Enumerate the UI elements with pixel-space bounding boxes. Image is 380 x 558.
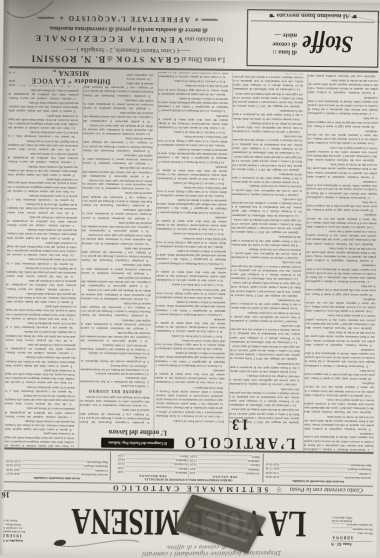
abbonamenti-rows: Per un annoL. 3,00Per un semestre» 1,50U… bbox=[332, 522, 373, 535]
sun-ornament-icon: ☉ bbox=[276, 486, 281, 493]
text-line: Prezzi da convenirsi bbox=[3, 518, 46, 523]
advertisement-band: Stoffe di lana ::di cotonemiste — ☛ Al m… bbox=[9, 6, 379, 72]
body-paragraph: La Francia, la Gran Bretagna e la Russia… bbox=[156, 249, 226, 266]
postal-note: Conto corrente con la Posta bbox=[290, 486, 363, 494]
body-paragraph: Intanto, che di certi criteri sia rimast… bbox=[156, 236, 226, 249]
body-paragraph: A noi preme soltanto che la verità sia d… bbox=[230, 361, 300, 374]
body-column-1: ... L’ Osservatore Romano è rimasto a pu… bbox=[304, 74, 378, 452]
body-paragraph: La Francia, la Gran Bretagna e la Russia… bbox=[157, 198, 227, 215]
subtitle-weekly: SETTIMANALE CATTOLICO bbox=[110, 484, 268, 494]
body-paragraph: Su questa via i propositi diventano fatt… bbox=[8, 130, 78, 139]
body-paragraph: A chi vive del proprio lavoro deve esser… bbox=[6, 266, 76, 279]
scanned-newspaper-viewport: Disposizioni legislative riguardanti i c… bbox=[0, 0, 380, 558]
body-paragraph: Si è voluto fare di questo articolo il f… bbox=[158, 113, 228, 130]
body-column-2: Quando nel maggio del 1915 l’ Italia ent… bbox=[229, 73, 308, 451]
body-paragraph: Quando nel maggio del 1915 l’ Italia ent… bbox=[231, 281, 301, 298]
body-paragraph: La Francia, la Gran Bretagna e la Russia… bbox=[158, 96, 228, 113]
body-paragraph: Così, quando si è giunti alla pace, il p… bbox=[304, 380, 374, 397]
body-paragraph: È questo il senso delle più larghe ragio… bbox=[8, 100, 78, 113]
manicule-left-icon: ☚ bbox=[269, 11, 275, 18]
body-paragraph: 5. Il programma sociale del Partito (Rel… bbox=[80, 355, 150, 364]
body-paragraph: I cattolici italiani, ordinati nel nuovo… bbox=[9, 87, 79, 100]
body-paragraph: I cattolici italiani, ordinati nel nuovo… bbox=[5, 342, 75, 355]
body-paragraph: Ecco l’ articolo 13 del Patto di Londra: bbox=[155, 333, 225, 338]
body-paragraph: Il barone Sonnino, seguendo la politica … bbox=[305, 330, 375, 347]
body-paragraph: Intanto, che di certi criteri sia rimast… bbox=[157, 185, 227, 198]
body-paragraph: Le sezioni dovranno trasmettere le loro … bbox=[80, 394, 150, 407]
body-paragraph: A noi preme soltanto che la verità sia d… bbox=[232, 171, 302, 184]
handwriting-note-line1: Disposizioni legislative riguardanti i c… bbox=[141, 549, 281, 557]
table-row: Omnibus18,22 bbox=[118, 457, 188, 462]
body-paragraph: È questo il senso delle più larghe ragio… bbox=[7, 227, 77, 240]
body-paragraph: 2. Nomina del presidente e di due vice-p… bbox=[80, 375, 150, 384]
body-paragraph: Lo Stato non può essere soltanto il cust… bbox=[6, 304, 76, 321]
body-paragraph: Ecco l’ articolo 13 del Patto di Londra: bbox=[156, 282, 226, 287]
body-paragraph: Si è quindi approvato il regolamento del… bbox=[83, 110, 153, 123]
table-row: Merci0,20 bbox=[118, 453, 188, 458]
body-column-4: Il prossimo Congresso Nazionale del Part… bbox=[79, 71, 158, 449]
body-paragraph: I cattolici italiani, ordinati nel nuovo… bbox=[5, 406, 75, 419]
body-paragraph: ... L’ Osservatore Romano è rimasto a pu… bbox=[307, 179, 377, 200]
bus-departures-rows: Arcevia-Sassoferrato6,10 18,20Corinaldo7… bbox=[265, 462, 371, 480]
railway-col-bologna: PER BOLOGNA Omnibus4,49Diretto9,20Accele… bbox=[117, 453, 189, 478]
body-paragraph: Ecco l’ articolo 13 del Patto di Londra: bbox=[157, 180, 227, 185]
stoffe-word: Stoffe bbox=[302, 29, 353, 58]
issue-line: Anno XI - Numero 16 bbox=[332, 540, 373, 546]
railway-col-ancona: PER ANCONA Accelerato5,18Omnibus8,47Dire… bbox=[189, 454, 261, 479]
body-columns: ... L’ Osservatore Romano è rimasto a pu… bbox=[4, 70, 378, 452]
newspaper-sheet-rotated-180: Disposizioni legislative riguardanti i c… bbox=[0, 0, 380, 558]
table-row: Omnibus8,47 bbox=[190, 466, 260, 471]
body-paragraph: Quando nel maggio del 1915 l’ Italia ent… bbox=[233, 91, 303, 108]
body-paragraph: Lo Stato non può essere soltanto il cust… bbox=[4, 431, 74, 448]
body-paragraph: Su questa via i propositi diventano fatt… bbox=[7, 193, 77, 202]
headline-congresso-bar: Il Congresso del Partito Pop. Italiano bbox=[101, 438, 174, 449]
abbonamenti-note2: Uffici della Rocca — Senigallia bbox=[332, 515, 373, 520]
per-ancona-rows: Accelerato5,18Omnibus8,47Diretto13,10Omn… bbox=[190, 454, 260, 476]
body-paragraph: Così, quando si è giunti alla pace, il p… bbox=[307, 128, 377, 145]
rossini-name: B. N. ROSSINI bbox=[31, 52, 106, 63]
bus-arrivals-title: Arrivi delle Automobili a Senigallia bbox=[6, 476, 108, 481]
body-paragraph: La Francia, la Gran Bretagna e la Russia… bbox=[157, 147, 227, 164]
body-paragraph: Le sezioni dovranno trasmettere le loro … bbox=[82, 233, 152, 246]
body-paragraph: Si è quindi approvato il regolamento del… bbox=[82, 220, 152, 233]
body-paragraph: 1. Verifica dei poteri; bbox=[80, 383, 150, 388]
body-paragraph: ... L’ Osservatore Romano è rimasto a pu… bbox=[305, 347, 375, 368]
body-paragraph: Ecco l’ articolo 13 del Patto di Londra: bbox=[158, 129, 228, 134]
body-paragraph: Giacché l’ articolo fu tenuto segreto, l… bbox=[230, 310, 300, 323]
body-paragraph: Qualche cosa del Vaticano avrebbe potuto… bbox=[306, 229, 376, 246]
body-paragraph: Si è voluto fare di questo articolo il f… bbox=[155, 367, 225, 384]
body-paragraph: Si è quindi approvato il regolamento del… bbox=[81, 275, 151, 288]
body-paragraph: Giacché l’ articolo fu tenuto segreto, l… bbox=[233, 121, 303, 134]
body-paragraph: È questo il senso delle più larghe ragio… bbox=[5, 418, 75, 431]
table-row: Diretto13,10 bbox=[190, 462, 260, 467]
body-paragraph: La Conferenza ha fatto differenza di tra… bbox=[232, 133, 302, 154]
body-paragraph: Il prossimo Congresso Nazionale del Part… bbox=[81, 246, 151, 263]
rossini-line4: di merce di assoluta novità a prezzi di … bbox=[11, 24, 245, 34]
body-paragraph: I cattolici italiani, ordinati nel nuovo… bbox=[6, 278, 76, 291]
column-subhead: ORDINE DEL GIORNO bbox=[80, 388, 150, 394]
body-paragraph: I cattolici italiani, ordinati nel nuovo… bbox=[8, 151, 78, 164]
body-paragraph: Il barone Sonnino, seguendo la politica … bbox=[304, 414, 374, 431]
table-row: Omnibus17,58 bbox=[190, 458, 260, 463]
body-paragraph: La Conferenza ha fatto differenza di tra… bbox=[231, 260, 301, 281]
body-paragraph: La Francia, la Gran Bretagna e la Russia… bbox=[156, 300, 226, 317]
body-paragraph: A chi vive del proprio lavoro deve esser… bbox=[8, 138, 78, 151]
body-paragraph: È questo il senso delle più larghe ragio… bbox=[5, 355, 75, 368]
body-paragraph: Il prossimo Congresso Nazionale del Part… bbox=[79, 407, 149, 424]
table-row: Merci21,05 bbox=[190, 454, 260, 459]
body-paragraph: I delegati che intendono prendere la par… bbox=[83, 152, 153, 165]
body-column-3: Ecco l’ articolo 13 del Patto di Londra:… bbox=[154, 72, 233, 450]
date-line: Senigallia 29 Maggio 1919 bbox=[3, 538, 46, 542]
body-paragraph: Giacché l’ articolo fu tenuto segreto, l… bbox=[231, 247, 301, 260]
bus-arrivals-table: Arrivi delle Automobili a Senigallia Arc… bbox=[4, 450, 110, 480]
affrettate-acquisto: ∗ AFFRETTATE L’ACQUISTO ∗ bbox=[58, 14, 199, 24]
gran-stok-brand: GRAN STOK bbox=[114, 55, 180, 65]
body-paragraph: A noi preme soltanto che la verità sia d… bbox=[233, 108, 303, 121]
rossini-line1-pre: La nota Ditta al bbox=[181, 55, 225, 64]
body-column-5: Lo Stato non può essere soltanto il cust… bbox=[4, 70, 83, 448]
inserzioni-header: INSERZIONI bbox=[3, 533, 46, 538]
body-paragraph: Così, quando si è giunti alla pace, il p… bbox=[306, 212, 376, 229]
body-paragraph: ... L’ Osservatore Romano è rimasto a pu… bbox=[304, 431, 374, 452]
rule-ornament-right: ══════ bbox=[39, 14, 55, 21]
text-line: di cotone bbox=[272, 39, 297, 48]
body-paragraph: Ecco l’ articolo 13 del Patto di Londra: bbox=[158, 79, 228, 84]
body-paragraph: Lo Stato non può essere soltanto il cust… bbox=[5, 367, 75, 384]
body-paragraph: A noi preme soltanto che la verità sia d… bbox=[231, 297, 301, 310]
body-paragraph: Quando nel maggio del 1915 l’ Italia ent… bbox=[230, 344, 300, 361]
body-paragraph: Di questo errore paga oggi le spese il P… bbox=[308, 115, 378, 128]
text-line: miste — bbox=[272, 31, 297, 40]
ink-blot bbox=[54, 539, 67, 547]
rossini-line1-mid: di bbox=[107, 54, 113, 62]
body-paragraph: Intanto, che di certi criteri sia rimast… bbox=[158, 134, 228, 147]
body-paragraph: Qualche cosa del Vaticano avrebbe potuto… bbox=[305, 313, 375, 330]
body-paragraph: A chi vive del proprio lavoro deve esser… bbox=[7, 202, 77, 215]
body-paragraph: Qualche cosa del Vaticano avrebbe potuto… bbox=[304, 397, 374, 414]
bus-departures-title: Partenze delle Automobili da Senigallia bbox=[265, 479, 371, 484]
body-paragraph: Si è voluto fare di questo articolo il f… bbox=[155, 316, 225, 333]
body-paragraph: I delegati che intendono prendere la par… bbox=[81, 317, 151, 330]
body-paragraph: Su questa via i propositi diventano fatt… bbox=[5, 384, 75, 393]
body-paragraph: Su questa via i propositi diventano fatt… bbox=[6, 321, 76, 330]
body-paragraph: 7. Nomina di 20 membri del Consiglio Naz… bbox=[80, 342, 150, 351]
bus-arrivals-rows: Arcevia-Sassoferrato8,40 20,15Corinaldo9… bbox=[6, 459, 108, 477]
body-paragraph: La Conferenza ha fatto differenza di tra… bbox=[233, 73, 303, 92]
body-paragraph: Lo Stato non può essere soltanto il cust… bbox=[8, 113, 78, 130]
timetables-band: Partenze delle Automobili da Senigallia … bbox=[4, 450, 374, 483]
stoffe-ad-box: Stoffe di lana ::di cotonemiste — ☛ Al m… bbox=[246, 9, 378, 67]
stoffe-tagline-text: Al massimo buon mercato bbox=[277, 12, 350, 20]
body-paragraph: 4. La costituzione del Partito e il suo … bbox=[80, 363, 150, 372]
body-paragraph: Ecco l’ articolo 13 del Patto di Londra: bbox=[157, 231, 227, 236]
body-paragraph: Si è voluto fare di questo articolo il f… bbox=[157, 215, 227, 232]
body-paragraph: Le sezioni dovranno trasmettere le loro … bbox=[83, 123, 153, 136]
body-paragraph: Il barone Sonnino, seguendo la politica … bbox=[308, 78, 378, 95]
body-paragraph: Si è voluto fare di questo articolo il f… bbox=[159, 72, 229, 79]
manicule-right-icon: ☛ bbox=[351, 12, 357, 19]
body-paragraph: La Conferenza ha fatto differenza di tra… bbox=[230, 323, 300, 344]
abbonamenti-header: ABBONAMENTI bbox=[332, 535, 373, 540]
body-paragraph: Qualche cosa del Vaticano avrebbe potuto… bbox=[307, 145, 377, 162]
body-paragraph: Così, quando si è giunti alla pace, il p… bbox=[305, 296, 375, 313]
table-row: Diretto9,20 bbox=[118, 465, 188, 470]
body-paragraph: I delegati che intendono prendere la par… bbox=[81, 262, 151, 275]
body-paragraph: Lo Stato non può essere soltanto il cust… bbox=[7, 176, 77, 193]
body-paragraph: Si è quindi approvato il regolamento del… bbox=[82, 165, 152, 178]
per-bologna-rows: Omnibus4,49Diretto9,20Accelerato13,35Omn… bbox=[118, 453, 188, 475]
body-paragraph: Giacché l’ articolo fu tenuto segreto, l… bbox=[232, 184, 302, 197]
body-paragraph: Il barone Sonnino, seguendo la politica … bbox=[307, 162, 377, 179]
body-paragraph: Si è quindi approvato il regolamento del… bbox=[80, 330, 150, 343]
body-paragraph: ... L’ Osservatore Romano è rimasto a pu… bbox=[306, 263, 376, 284]
body-paragraph: È questo il senso delle più larghe ragio… bbox=[6, 291, 76, 304]
body-paragraph: Lo Stato non può essere soltanto il cust… bbox=[7, 240, 77, 257]
body-paragraph: ... L’ Osservatore Romano è rimasto a pu… bbox=[308, 94, 378, 115]
body-paragraph: La Conferenza ha fatto differenza di tra… bbox=[232, 197, 302, 218]
vendita-eccezionale: VENDITA ECCEZIONALE bbox=[33, 34, 183, 46]
text-line: di lana :: bbox=[272, 47, 297, 56]
inserzioni-box: Senigallia 29 Maggio 1919 INSERZIONI Per… bbox=[3, 492, 46, 542]
table-row: Accelerato5,18 bbox=[190, 470, 260, 475]
body-paragraph: Il prossimo Congresso Nazionale del Part… bbox=[82, 191, 152, 208]
body-paragraph: Si è voluto fare di questo articolo il f… bbox=[157, 164, 227, 181]
body-paragraph: Intanto, che di certi criteri sia rimast… bbox=[155, 338, 225, 351]
subheadline-ordine-lavoro: L’ ordine del lavoro bbox=[101, 428, 174, 437]
body-paragraph: Intanto, che di certi criteri sia rimast… bbox=[156, 287, 226, 300]
rossini-line3-pre: ha iniziato una bbox=[185, 35, 223, 42]
body-paragraph: Si è voluto fare di questo articolo il f… bbox=[156, 265, 226, 282]
table-row: Omnibus4,49 bbox=[118, 470, 188, 475]
body-paragraph: Di questo errore paga oggi le spese il P… bbox=[305, 368, 375, 381]
inserzioni-lines: Per gli abbonamenti, le inserzioni,ecc. … bbox=[3, 518, 46, 533]
headline-congresso-text: Il Congresso del Partito Pop. Italiano bbox=[101, 438, 174, 449]
body-paragraph: Il prossimo Congresso Nazionale del Part… bbox=[81, 301, 151, 318]
stoffe-lines: di lana ::di cotonemiste — bbox=[272, 31, 297, 56]
body-paragraph: Quando nel maggio del 1915 l’ Italia ent… bbox=[232, 154, 302, 171]
body-paragraph: Le sezioni dovranno trasmettere le loro … bbox=[82, 178, 152, 191]
body-paragraph: Di questo errore paga oggi le spese il P… bbox=[307, 199, 377, 212]
body-paragraph: La Francia, la Gran Bretagna e la Russia… bbox=[155, 350, 225, 367]
body-paragraph: A chi vive del proprio lavoro deve esser… bbox=[5, 393, 75, 406]
body-paragraph: Giacché l’ articolo fu tenuto segreto, l… bbox=[230, 373, 300, 386]
headline-articolo-13: L’ARTICOLO 13 bbox=[178, 413, 300, 451]
body-paragraph: È questo il senso delle più larghe ragio… bbox=[8, 164, 78, 177]
body-paragraph: I delegati che intendono prendere la par… bbox=[82, 207, 152, 220]
rule-ornament-left: ══════ bbox=[202, 16, 218, 23]
body-paragraph: A noi preme soltanto che la verità sia d… bbox=[231, 234, 301, 247]
rossini-ad: La nota Ditta al GRAN STOK di B. N. ROSS… bbox=[9, 6, 247, 66]
body-paragraph: A chi vive del proprio lavoro deve esser… bbox=[6, 329, 76, 342]
body-paragraph: Il prossimo Congresso Nazionale del Part… bbox=[83, 136, 153, 153]
body-paragraph: Su questa via i propositi diventano fatt… bbox=[7, 257, 77, 266]
body-paragraph: I cattolici italiani, ordinati nel nuovo… bbox=[7, 215, 77, 228]
body-paragraph: Di questo errore paga oggi le spese il P… bbox=[306, 283, 376, 296]
body-paragraph: I delegati che intendono prendere la par… bbox=[83, 97, 153, 110]
body-paragraph: Quando nel maggio del 1915 l’ Italia ent… bbox=[231, 217, 301, 234]
body-paragraph: Le sezioni dovranno trasmettere le loro … bbox=[81, 288, 151, 301]
diffondete-slogan: Diffondete “ LA VOCE MISENA „ bbox=[15, 67, 127, 86]
body-paragraph: Intanto, che di certi criteri sia rimast… bbox=[158, 83, 228, 96]
stoffe-tagline: ☛ Al massimo buon mercato ☚ bbox=[251, 11, 375, 22]
table-row: Accelerato13,35 bbox=[118, 461, 188, 466]
table-row: Un numero separatocent. 5 bbox=[332, 522, 373, 527]
railway-timetable: ORARIO FERROVIARIO DELLA STAZIONE DI SEN… bbox=[110, 452, 264, 483]
bus-departures-table: Partenze delle Automobili da Senigallia … bbox=[263, 454, 373, 484]
abbonamenti-box: Anno XI - Numero 16 ABBONAMENTI Per un a… bbox=[332, 496, 373, 546]
body-paragraph: Il barone Sonnino, seguendo la politica … bbox=[306, 246, 376, 263]
body-paragraph: La Conferenza ha fatto differenza di tra… bbox=[229, 386, 299, 407]
